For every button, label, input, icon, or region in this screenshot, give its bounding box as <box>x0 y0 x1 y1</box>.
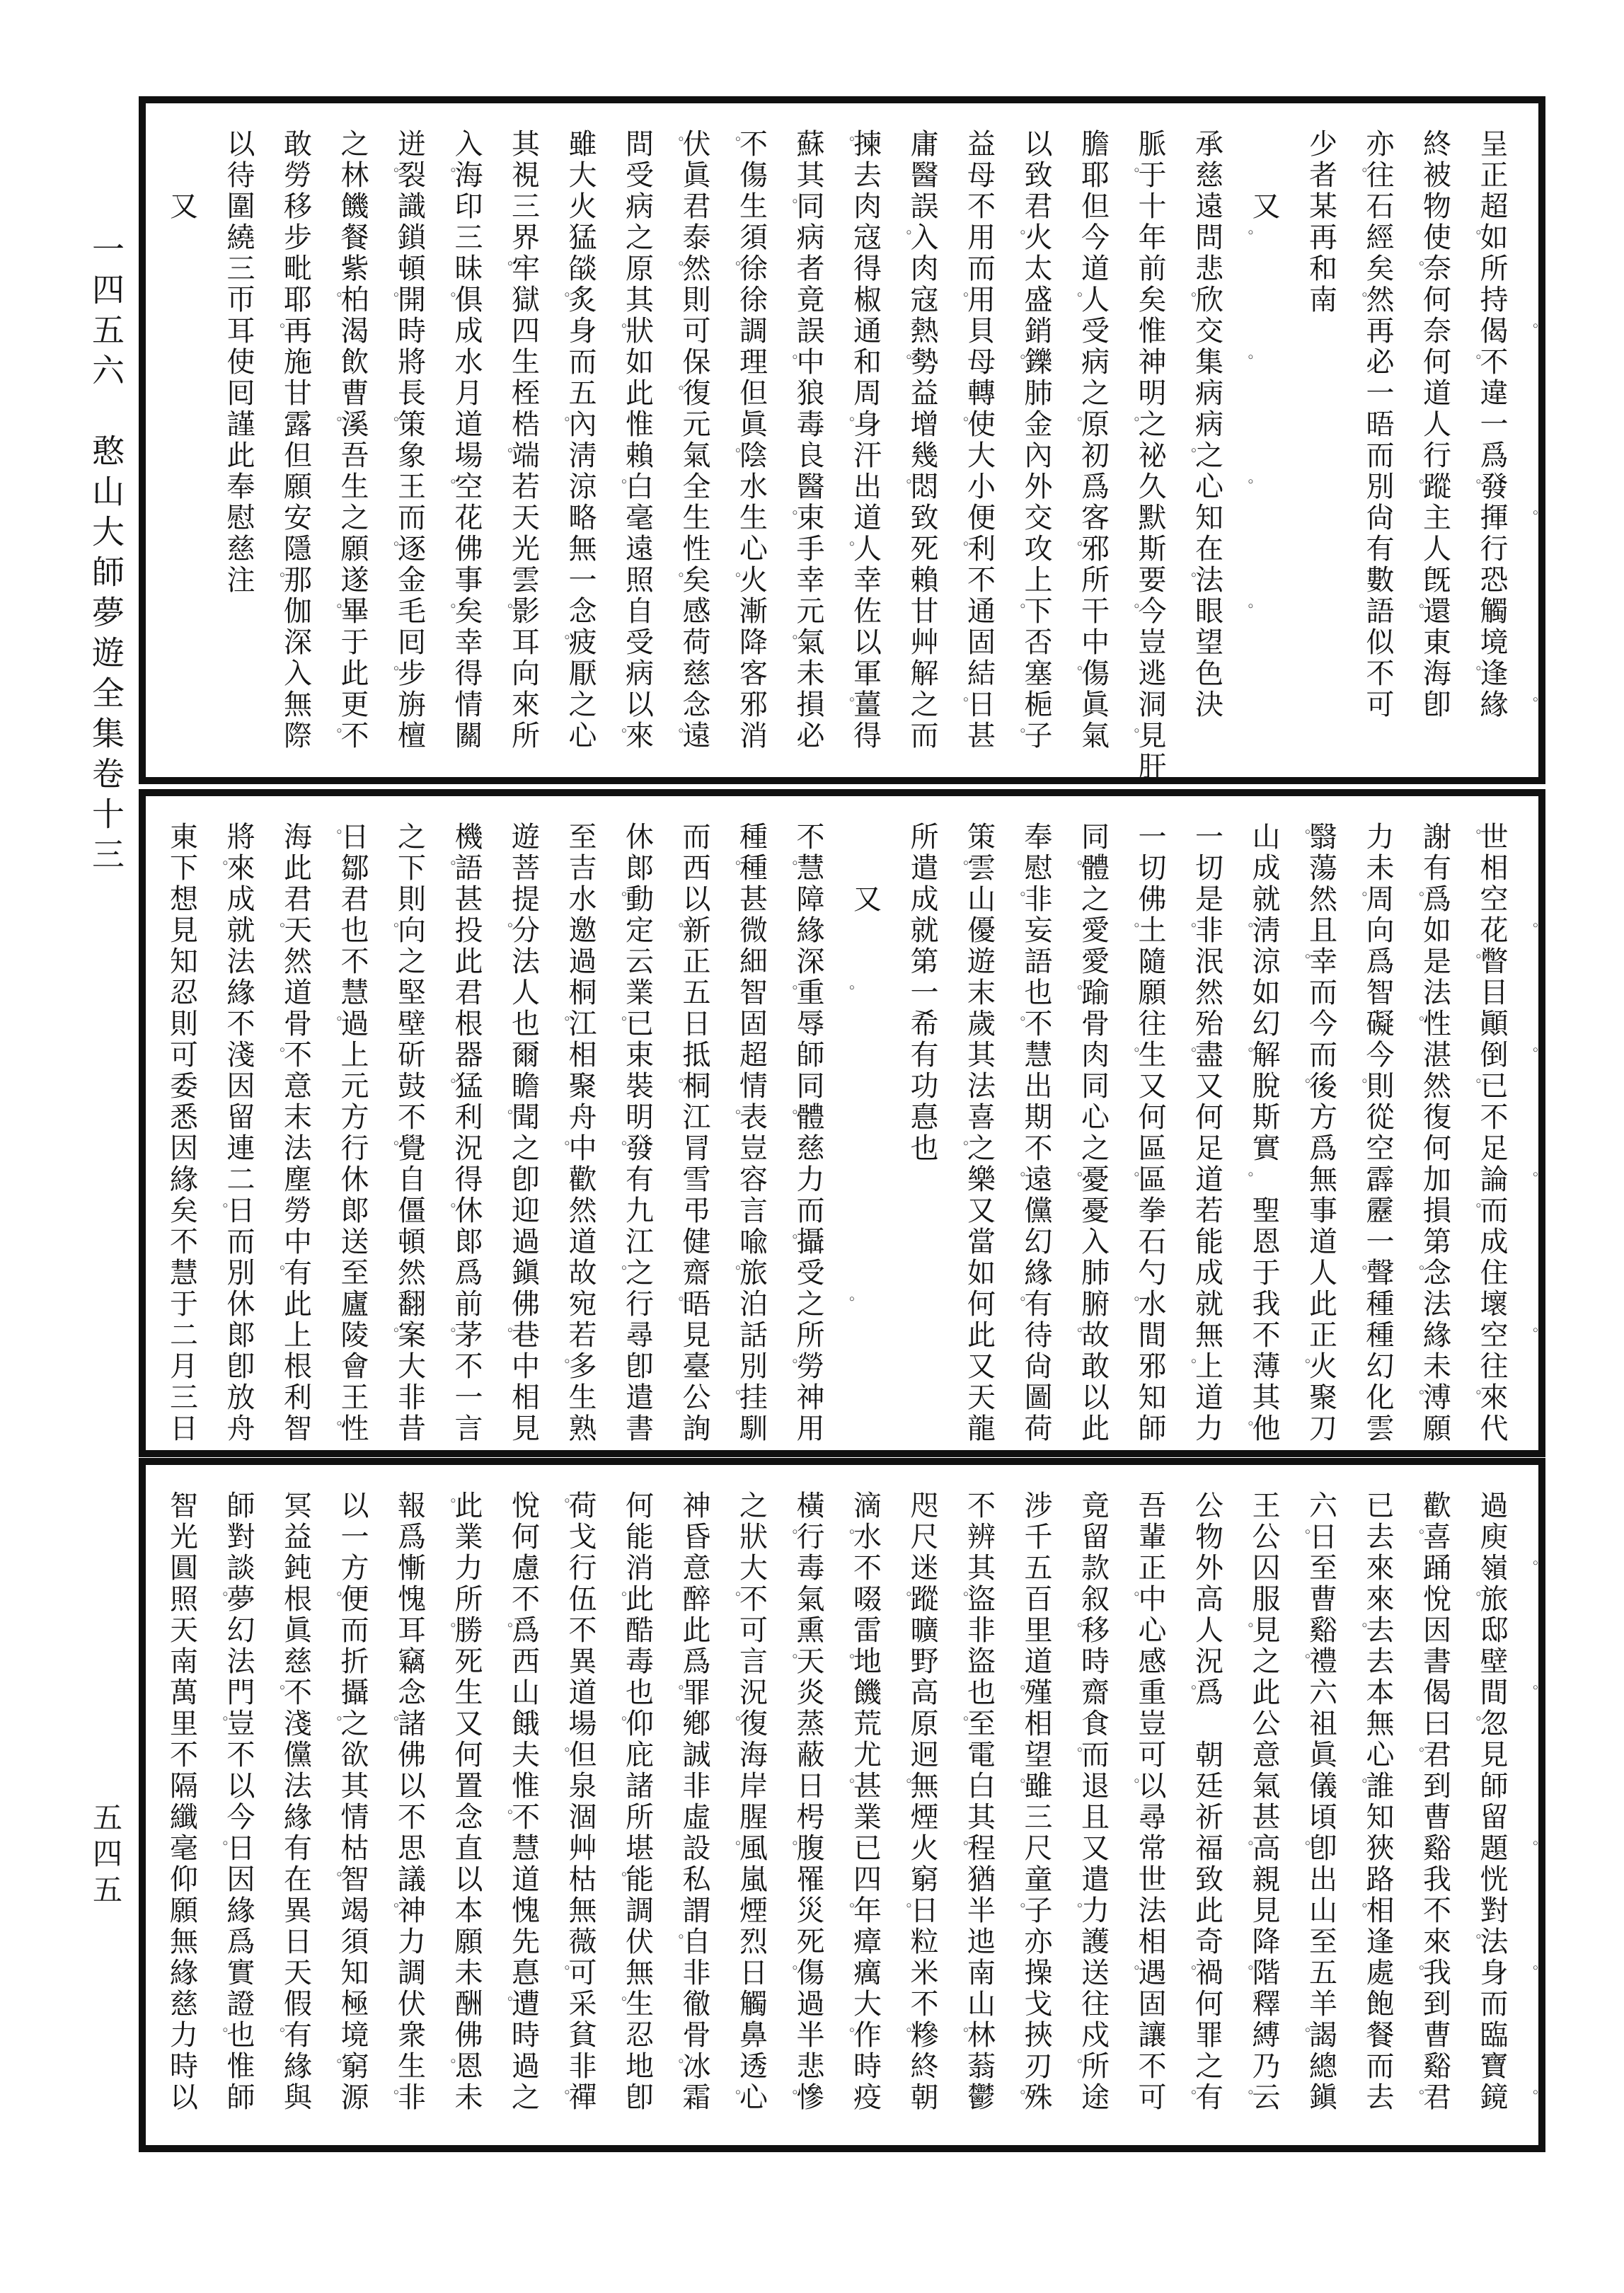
judou-punctuation-dot: 。 <box>1523 1840 1538 1855</box>
judou-punctuation-dot: 。 <box>497 922 512 937</box>
judou-punctuation-dot: 。 <box>1181 1684 1196 1699</box>
judou-punctuation-dot: 。 <box>1295 1653 1310 1668</box>
judou-punctuation-dot: 。 <box>783 984 797 999</box>
judou-punctuation-dot: 。 <box>839 1529 854 1544</box>
judou-punctuation-dot: 。 <box>1409 1389 1424 1404</box>
judou-punctuation-dot: 。 <box>1067 541 1082 556</box>
judou-punctuation-dot: 。 <box>611 1016 626 1030</box>
text-column: 橫行。毒氣熏天。炎蒸蔽日。枵腹罹災。死傷過半。悲慘 <box>780 1490 837 2139</box>
text-column: 一切佛土。隨願往生。又何區區拳石勺水間邪。知師 <box>1122 822 1179 1444</box>
judou-punctuation-dot: 。 <box>327 829 342 844</box>
judou-punctuation-dot: 。 <box>1523 1965 1538 1979</box>
judou-punctuation-dot: 。 <box>1238 1420 1253 1435</box>
text-column: 伏。眞君泰然。則可保復元氣。全生性矣。感荷慈念遠 <box>666 129 723 771</box>
judou-punctuation-dot: 。 <box>839 984 854 999</box>
judou-punctuation-dot: 。 <box>1295 1358 1310 1373</box>
judou-punctuation-dot: 。 <box>669 1933 684 1948</box>
judou-punctuation-dot: 。 <box>611 478 626 493</box>
judou-punctuation-dot: 。 <box>783 1840 797 1855</box>
judou-punctuation-dot: 。 <box>1181 2089 1196 2104</box>
judou-punctuation-dot: 。 <box>725 1716 740 1730</box>
text-column: 神昏意醉。此爲罪鄕。誠非虛設。私謂自非徹骨冰霜。 <box>666 1490 723 2139</box>
judou-punctuation-dot: 。 <box>1295 953 1310 968</box>
judou-punctuation-dot: 。 <box>441 1622 456 1637</box>
judou-punctuation-dot: 。 <box>783 1965 797 1979</box>
judou-punctuation-dot: 。 <box>1352 1778 1367 1793</box>
judou-punctuation-dot: 。 <box>497 1327 512 1342</box>
judou-punctuation-dot: 。 <box>384 2089 398 2104</box>
judou-punctuation-dot: 。 <box>441 478 456 493</box>
judou-punctuation-dot: 。 <box>611 1871 626 1886</box>
judou-punctuation-dot: 。 <box>1181 292 1196 306</box>
text-column: 又 <box>153 129 210 771</box>
judou-punctuation-dot: 。 <box>839 416 854 431</box>
judou-punctuation-dot: 。 <box>1010 229 1025 244</box>
judou-punctuation-dot: 。 <box>1010 1016 1025 1030</box>
judou-punctuation-dot: 。 <box>725 1389 740 1404</box>
judou-punctuation-dot: 。 <box>1409 260 1424 275</box>
judou-punctuation-dot: 。 <box>1238 1840 1253 1855</box>
judou-punctuation-dot: 。 <box>384 1140 398 1155</box>
judou-punctuation-dot: 。 <box>1238 1171 1253 1186</box>
judou-punctuation-dot: 。 <box>1181 447 1196 462</box>
judou-punctuation-dot: 。 <box>1238 229 1253 244</box>
judou-punctuation-dot: 。 <box>1523 1047 1538 1062</box>
judou-punctuation-dot: 。 <box>783 1529 797 1544</box>
judou-punctuation-dot: 。 <box>1124 416 1139 431</box>
text-column: 益母不用。而用貝母。轉使大小便利不通。固結日甚。 <box>950 129 1008 771</box>
judou-punctuation-dot: 。 <box>1067 2058 1082 2073</box>
judou-punctuation-dot: 。 <box>669 385 684 400</box>
judou-punctuation-dot: 。 <box>270 1684 284 1699</box>
text-column: 休郞動定。云業已束裝。明發有九江之行。尋卽遣書 <box>609 822 666 1444</box>
judou-punctuation-dot: 。 <box>1409 1016 1424 1030</box>
text-column: 敢勞移步毗耶。再施甘露。但願安隱那伽。深入無際。 <box>267 129 324 771</box>
judou-punctuation-dot: 。 <box>1067 1902 1082 1917</box>
judou-punctuation-dot: 。 <box>1466 1078 1481 1093</box>
judou-punctuation-dot: 。 <box>669 1684 684 1699</box>
judou-punctuation-dot: 。 <box>1238 922 1253 937</box>
judou-punctuation-dot: 。 <box>497 447 512 462</box>
letter-block-1-columns: 呈正超如所持偈。不違一爲發揮。行恐觸境逢緣。終被物使。奈何奈何。道人行蹤。主人旣… <box>146 103 1538 777</box>
judou-punctuation-dot: 。 <box>1466 1389 1481 1404</box>
judou-punctuation-dot: 。 <box>1352 1078 1367 1093</box>
judou-punctuation-dot: 。 <box>1295 829 1310 844</box>
text-column: 至吉水。邀過桐江。相聚舟中。歡然道故。宛若多生熟 <box>552 822 609 1444</box>
judou-punctuation-dot: 。 <box>1067 1747 1082 1762</box>
judou-punctuation-dot: 。 <box>270 323 284 338</box>
judou-punctuation-dot: 。 <box>725 572 740 587</box>
judou-punctuation-dot: 。 <box>1409 478 1424 493</box>
text-column: 又 <box>1236 129 1293 771</box>
judou-punctuation-dot: 。 <box>213 1591 228 1606</box>
judou-punctuation-dot: 。 <box>669 1296 684 1311</box>
text-column: 不辨其盜非盜也。至電白。其程猶半。迆南山林蓊鬱。 <box>950 1490 1008 2139</box>
volume-margin-label: 一四五六 憨山大師夢遊全集卷十三 <box>75 232 136 878</box>
judou-punctuation-dot: 。 <box>1466 478 1481 493</box>
judou-punctuation-dot: 。 <box>1409 891 1424 906</box>
judou-punctuation-dot: 。 <box>953 696 968 711</box>
judou-punctuation-dot: 。 <box>497 1809 512 1824</box>
judou-punctuation-dot: 。 <box>611 1716 626 1730</box>
judou-punctuation-dot: 。 <box>1181 572 1196 587</box>
text-column: 之狀。大不可言。況復海岸腥風。嵐煙烈日。觸鼻透心。 <box>722 1490 780 2139</box>
text-column: 翳蕩然。且幸而今而後。方爲無事道人。此正火聚刀 <box>1292 822 1349 1444</box>
judou-punctuation-dot: 。 <box>839 1296 854 1311</box>
judou-punctuation-dot: 。 <box>327 292 342 306</box>
judou-punctuation-dot: 。 <box>270 922 284 937</box>
judou-punctuation-dot: 。 <box>725 447 740 462</box>
judou-punctuation-dot: 。 <box>783 1234 797 1248</box>
judou-punctuation-dot: 。 <box>669 572 684 587</box>
judou-punctuation-dot: 。 <box>497 1996 512 2011</box>
judou-punctuation-dot: 。 <box>839 696 854 711</box>
judou-punctuation-dot: 。 <box>783 354 797 369</box>
judou-punctuation-dot: 。 <box>1067 292 1082 306</box>
judou-punctuation-dot: 。 <box>1010 1902 1025 1917</box>
judou-punctuation-dot: 。 <box>725 136 740 151</box>
judou-punctuation-dot: 。 <box>1409 1747 1424 1762</box>
judou-punctuation-dot: 。 <box>384 416 398 431</box>
text-column: 海。此君天然道骨。不意末法塵勞中有此上根利智。 <box>267 822 324 1444</box>
judou-punctuation-dot: 。 <box>555 634 570 649</box>
text-column: 所遣。成就第一希有功惪也。 <box>894 822 951 1444</box>
judou-punctuation-dot: 。 <box>327 2058 342 2073</box>
judou-punctuation-dot: 。 <box>1523 510 1538 524</box>
judou-punctuation-dot: 。 <box>327 603 342 618</box>
judou-punctuation-dot: 。 <box>441 603 456 618</box>
text-column: 同體之愛。愛踰骨肉。同心之憂。憂入肺腑。故敢以此 <box>1064 822 1122 1444</box>
judou-punctuation-dot: 。 <box>1067 665 1082 680</box>
judou-punctuation-dot: 。 <box>953 541 968 556</box>
judou-punctuation-dot: 。 <box>441 1202 456 1217</box>
judou-punctuation-dot: 。 <box>1010 1171 1025 1186</box>
text-column: 涉千五百里。道殣相望。雖三尺童子。亦操戈挾刃。殊 <box>1008 1490 1065 2139</box>
judou-punctuation-dot: 。 <box>1523 1171 1538 1186</box>
judou-punctuation-dot: 。 <box>783 1653 797 1668</box>
judou-punctuation-dot: 。 <box>1124 728 1139 742</box>
text-column: 智光圓照。天南萬里。不隔纖毫。仰願無緣慈力。時以 <box>153 1490 210 2139</box>
judou-punctuation-dot: 。 <box>555 1358 570 1373</box>
judou-punctuation-dot: 。 <box>783 1358 797 1373</box>
text-column: 庸醫誤入肉寇。熱勢益增。幾悶致死。賴甘艸解之。而 <box>894 129 951 771</box>
judou-punctuation-dot: 。 <box>327 1591 342 1606</box>
judou-punctuation-dot: 。 <box>327 1716 342 1730</box>
text-column: 此業力所勝。死生又何置念。直以本願未酬。佛恩未 <box>438 1490 495 2139</box>
judou-punctuation-dot: 。 <box>839 1902 854 1917</box>
judou-punctuation-dot: 。 <box>213 1840 228 1855</box>
judou-punctuation-dot: 。 <box>1067 416 1082 431</box>
text-column: 之林。饑餐紫柏。渴飲曹溪。吾生之願。遂畢于此。更不 <box>324 129 381 771</box>
judou-punctuation-dot: 。 <box>327 416 342 431</box>
text-column: 入海印三昧。俱成水月道場。空花佛事矣。幸得情關 <box>438 129 495 771</box>
text-column: 一切是非。泯然殆盡。又何足道。若能成就無上道力。 <box>1178 822 1236 1444</box>
judou-punctuation-dot: 。 <box>611 323 626 338</box>
judou-punctuation-dot: 。 <box>327 1420 342 1435</box>
judou-punctuation-dot: 。 <box>384 922 398 937</box>
judou-punctuation-dot: 。 <box>1010 354 1025 369</box>
judou-punctuation-dot: 。 <box>1181 922 1196 937</box>
judou-punctuation-dot: 。 <box>897 1778 911 1793</box>
judou-punctuation-dot: 。 <box>783 510 797 524</box>
judou-punctuation-dot: 。 <box>1124 1047 1139 1062</box>
judou-punctuation-dot: 。 <box>441 1327 456 1342</box>
judou-punctuation-dot: 。 <box>1352 292 1367 306</box>
judou-punctuation-dot: 。 <box>213 860 228 875</box>
judou-punctuation-dot: 。 <box>1523 2089 1538 2104</box>
judou-punctuation-dot: 。 <box>327 1871 342 1886</box>
judou-punctuation-dot: 。 <box>384 665 398 680</box>
judou-punctuation-dot: 。 <box>441 1078 456 1093</box>
judou-punctuation-dot: 。 <box>1181 1965 1196 1979</box>
judou-punctuation-dot: 。 <box>497 1109 512 1124</box>
judou-punctuation-dot: 。 <box>1124 1778 1139 1793</box>
judou-punctuation-dot: 。 <box>783 860 797 875</box>
judou-punctuation-dot: 。 <box>611 1265 626 1280</box>
letter-block-2: 世相空花。瞥目顚倒。已不足論。而成住壞空。往來代謝。有爲如是。法性湛然。復何加損… <box>139 789 1545 1457</box>
judou-punctuation-dot: 。 <box>669 136 684 151</box>
judou-punctuation-dot: 。 <box>725 860 740 875</box>
judou-punctuation-dot: 。 <box>1409 1529 1424 1544</box>
judou-punctuation-dot: 。 <box>669 260 684 275</box>
judou-punctuation-dot: 。 <box>1523 323 1538 338</box>
judou-punctuation-dot: 。 <box>1523 1327 1538 1342</box>
text-column: 又 <box>836 822 894 1444</box>
judou-punctuation-dot: 。 <box>1295 2027 1310 2042</box>
text-column: 王公。囚服見之。此公意氣甚高。親見降階釋縛。乃云 <box>1236 1490 1293 2139</box>
judou-punctuation-dot: 。 <box>497 1622 512 1637</box>
judou-punctuation-dot: 。 <box>1523 922 1538 937</box>
text-column: 荷戈行伍。不異道場。但泉涸艸枯。無薇可采。貧非禪 <box>552 1490 609 2139</box>
judou-punctuation-dot: 。 <box>953 1591 968 1606</box>
judou-punctuation-dot: 。 <box>555 1016 570 1030</box>
text-column: 策雲山。優遊末歲。其法喜之樂。又當如何。此又天龍 <box>950 822 1008 1444</box>
judou-punctuation-dot: 。 <box>1295 1840 1310 1855</box>
judou-punctuation-dot: 。 <box>897 2027 911 2042</box>
judou-punctuation-dot: 。 <box>1466 1591 1481 1606</box>
judou-punctuation-dot: 。 <box>783 634 797 649</box>
judou-punctuation-dot: 。 <box>1238 1622 1253 1637</box>
judou-punctuation-dot: 。 <box>611 1140 626 1155</box>
judou-punctuation-dot: 。 <box>1124 1965 1139 1979</box>
judou-punctuation-dot: 。 <box>1409 603 1424 618</box>
judou-punctuation-dot: 。 <box>1523 696 1538 711</box>
judou-punctuation-dot: 。 <box>669 2058 684 2073</box>
judou-punctuation-dot: 。 <box>555 2089 570 2104</box>
text-column: 雖大火猛燄炙身。而五內淸涼。略無一念疲厭之心。 <box>552 129 609 771</box>
text-column: 竟留款叙。移時齋食而退。且又遣力護送。往戍所途 <box>1064 1490 1122 2139</box>
judou-punctuation-dot: 。 <box>441 860 456 875</box>
text-column: 以待圍繞三帀耳。使囘謹此奉慰慈注。 <box>210 129 267 771</box>
judou-punctuation-dot: 。 <box>384 292 398 306</box>
judou-punctuation-dot: 。 <box>213 2027 228 2042</box>
text-column: 以一方便而折攝之。欲其情枯智竭。須知極境窮源。 <box>324 1490 381 2139</box>
letter-block-3-columns: 過庾嶺。旅邸壁間。忽見師留題。恍對法身。而臨寶鏡。歡喜踊悅。因書偈曰。君到曹谿我… <box>146 1465 1538 2145</box>
judou-punctuation-dot: 。 <box>1352 1265 1367 1280</box>
judou-punctuation-dot: 。 <box>725 1591 740 1606</box>
judou-punctuation-dot: 。 <box>953 1716 968 1730</box>
judou-punctuation-dot: 。 <box>555 1965 570 1979</box>
judou-punctuation-dot: 。 <box>839 2027 854 2042</box>
judou-punctuation-dot: 。 <box>1523 1684 1538 1699</box>
text-column: 冥益鈍根。眞慈不淺。儻法緣有在。異日天假有緣。與 <box>267 1490 324 2139</box>
judou-punctuation-dot: 。 <box>1238 2089 1253 2104</box>
judou-punctuation-dot: 。 <box>555 292 570 306</box>
judou-punctuation-dot: 。 <box>497 260 512 275</box>
judou-punctuation-dot: 。 <box>1124 922 1139 937</box>
judou-punctuation-dot: 。 <box>839 1778 854 1793</box>
judou-punctuation-dot: 。 <box>1010 891 1025 906</box>
judou-punctuation-dot: 。 <box>897 229 911 244</box>
judou-punctuation-dot: 。 <box>441 167 456 182</box>
judou-punctuation-dot: 。 <box>1010 1684 1025 1699</box>
text-column: 日鄒君也。不慧過上元方行。休郞送至廬陵。會王性 <box>324 822 381 1444</box>
text-column: 將來成就。法緣不淺。因留連二日而別。休郞卽放舟 <box>210 822 267 1444</box>
judou-punctuation-dot: 。 <box>1295 1078 1310 1093</box>
judou-punctuation-dot: 。 <box>1238 1965 1253 1979</box>
text-column: 過庾嶺。旅邸壁間。忽見師留題。恍對法身。而臨寶鏡。 <box>1463 1490 1521 2139</box>
judou-punctuation-dot: 。 <box>1409 1965 1424 1979</box>
judou-punctuation-dot: 。 <box>384 1327 398 1342</box>
judou-punctuation-dot: 。 <box>953 292 968 306</box>
judou-punctuation-dot: 。 <box>669 728 684 742</box>
judou-punctuation-dot: 。 <box>270 2027 284 2042</box>
text-column: 山。成就淸涼。如幻解脫。斯實 聖恩于我不薄。其他 <box>1236 822 1293 1444</box>
text-column: 脈于十年前矣。惟神明之祕。久默斯要。今豈逃洞見肝 <box>1122 129 1179 771</box>
text-column: 世相空花。瞥目顚倒。已不足論。而成住壞空。往來代 <box>1463 822 1521 1444</box>
text-column: 遊菩提分法人也。爾瞻聞之。卽迎過鎭佛巷中。相見 <box>495 822 552 1444</box>
judou-punctuation-dot: 。 <box>497 603 512 618</box>
judou-punctuation-dot: 。 <box>1238 1047 1253 1062</box>
text-column: 終被物使。奈何奈何。道人行蹤。主人旣還東海。卽 <box>1406 129 1463 771</box>
judou-punctuation-dot: 。 <box>555 1140 570 1155</box>
judou-punctuation-dot: 。 <box>839 136 854 151</box>
text-column: 吾輩正中心感重。豈可以尋常世法相遇。固讓不可。 <box>1122 1490 1179 2139</box>
text-column: 少者。某再和南。 <box>1292 129 1349 771</box>
judou-punctuation-dot: 。 <box>384 541 398 556</box>
judou-punctuation-dot: 。 <box>839 541 854 556</box>
text-column: 六日至曹谿。禮六祖眞儀。頃卽出山。至五羊謁總鎭 <box>1292 1490 1349 2139</box>
judou-punctuation-dot: 。 <box>1010 2089 1025 2104</box>
judou-punctuation-dot: 。 <box>897 1591 911 1606</box>
judou-punctuation-dot: 。 <box>1466 354 1481 369</box>
judou-punctuation-dot: 。 <box>783 198 797 213</box>
judou-punctuation-dot: 。 <box>1352 1902 1367 1917</box>
scanned-book-page: 一四五六 憨山大師夢遊全集卷十三 五四五 呈正超如所持偈。不違一爲發揮。行恐觸境… <box>0 0 1624 2293</box>
judou-punctuation-dot: 。 <box>1181 1047 1196 1062</box>
text-column: 機語甚投。此君根器猛利。況得休郞爲前茅。不一言 <box>438 822 495 1444</box>
judou-punctuation-dot: 。 <box>1352 167 1367 182</box>
judou-punctuation-dot: 。 <box>1238 354 1253 369</box>
judou-punctuation-dot: 。 <box>1466 953 1481 968</box>
text-column: 問。受病之原。其狀如此。惟賴白毫遠照。自受病以來。 <box>609 129 666 771</box>
judou-punctuation-dot: 。 <box>725 1265 740 1280</box>
page-number: 五四五 <box>83 1802 126 1910</box>
judou-punctuation-dot: 。 <box>555 416 570 431</box>
text-column: 公物外高人。況爲 朝廷祈福。致此奇禍。何罪之有。 <box>1178 1490 1236 2139</box>
judou-punctuation-dot: 。 <box>1124 1296 1139 1311</box>
text-column: 以致君火太盛。銷鑠肺金。內外交攻。上下否塞。梔子 <box>1008 129 1065 771</box>
judou-punctuation-dot: 。 <box>1295 1529 1310 1544</box>
letter-block-1: 呈正超如所持偈。不違一爲發揮。行恐觸境逢緣。終被物使。奈何奈何。道人行蹤。主人旣… <box>139 96 1545 784</box>
judou-punctuation-dot: 。 <box>1124 603 1139 618</box>
judou-punctuation-dot: 。 <box>611 1591 626 1606</box>
text-column: 種種。甚微細智。固超情表。豈容言喩。旅泊話別。挂馴 <box>722 822 780 1444</box>
judou-punctuation-dot: 。 <box>441 1498 456 1512</box>
text-column: 而西。以新正五日抵桐江。冐雪弔健齋。晤見臺公。詢 <box>666 822 723 1444</box>
judou-punctuation-dot: 。 <box>270 1265 284 1280</box>
text-column: 已去。來來去去本無心。誰知狹路相逢處。飽餐而去。 <box>1349 1490 1407 2139</box>
judou-punctuation-dot: 。 <box>611 891 626 906</box>
judou-punctuation-dot: 。 <box>1124 1591 1139 1606</box>
judou-punctuation-dot: 。 <box>1010 1778 1025 1793</box>
text-column: 滴水不啜。雷地饑荒尤甚。業已四年。瘴癘大作。時疫 <box>836 1490 894 2139</box>
judou-punctuation-dot: 。 <box>384 1902 398 1917</box>
text-column: 亦往石經矣。然再必一晤而別。尙有數語。似不可 <box>1349 129 1407 771</box>
judou-punctuation-dot: 。 <box>1067 1622 1082 1637</box>
judou-punctuation-dot: 。 <box>897 478 911 493</box>
judou-punctuation-dot: 。 <box>953 1840 968 1855</box>
judou-punctuation-dot: 。 <box>953 1140 968 1155</box>
judou-punctuation-dot: 。 <box>783 2089 797 2104</box>
judou-punctuation-dot: 。 <box>1067 1171 1082 1186</box>
judou-punctuation-dot: 。 <box>1466 1933 1481 1948</box>
judou-punctuation-dot: 。 <box>1409 2089 1424 2104</box>
judou-punctuation-dot: 。 <box>213 1202 228 1217</box>
text-column: 東下。想見知忍則可委悉因緣矣。不慧于二月三日 <box>153 822 210 1444</box>
judou-punctuation-dot: 。 <box>1010 1296 1025 1311</box>
judou-punctuation-dot: 。 <box>1181 1358 1196 1373</box>
text-column: 力未周。向爲智礙。今則從空霹靂一聲。種種幻化。雲 <box>1349 822 1407 1444</box>
judou-punctuation-dot: 。 <box>213 1716 228 1730</box>
judou-punctuation-dot: 。 <box>1010 728 1025 742</box>
judou-punctuation-dot: 。 <box>725 1840 740 1855</box>
letter-block-2-columns: 世相空花。瞥目顚倒。已不足論。而成住壞空。往來代謝。有爲如是。法性湛然。復何加損… <box>146 796 1538 1450</box>
judou-punctuation-dot: 。 <box>1238 478 1253 493</box>
judou-punctuation-dot: 。 <box>1238 603 1253 618</box>
judou-punctuation-dot: 。 <box>1010 603 1025 618</box>
judou-punctuation-dot: 。 <box>441 2058 456 2073</box>
judou-punctuation-dot: 。 <box>270 572 284 587</box>
judou-punctuation-dot: 。 <box>1124 1171 1139 1186</box>
judou-punctuation-dot: 。 <box>384 1716 398 1730</box>
judou-punctuation-dot: 。 <box>897 354 911 369</box>
judou-punctuation-dot: 。 <box>953 860 968 875</box>
judou-punctuation-dot: 。 <box>953 2027 968 2042</box>
judou-punctuation-dot: 。 <box>725 1109 740 1124</box>
judou-punctuation-dot: 。 <box>1352 1622 1367 1637</box>
judou-punctuation-dot: 。 <box>1124 167 1139 182</box>
judou-punctuation-dot: 。 <box>1466 1716 1481 1730</box>
text-column: 何能消此酷毒也。仰庇諸所堪能調伏。無生忍地。卽 <box>609 1490 666 2139</box>
judou-punctuation-dot: 。 <box>839 1653 854 1668</box>
judou-punctuation-dot: 。 <box>1067 984 1082 999</box>
judou-punctuation-dot: 。 <box>1067 1327 1082 1342</box>
text-column: 奉慰。非妄語也。不慧出期不遠。儻幻緣有待。尙圖荷 <box>1008 822 1065 1444</box>
judou-punctuation-dot: 。 <box>555 1498 570 1512</box>
judou-punctuation-dot: 。 <box>725 260 740 275</box>
text-column: 咫尺迷蹤。曠野高原。迥無煙火。窮日粒米不糝。終朝 <box>894 1490 951 2139</box>
text-column: 歡喜踊悅。因書偈曰。君到曹谿我不來。我到曹谿君 <box>1406 1490 1463 2139</box>
letter-block-3: 過庾嶺。旅邸壁間。忽見師留題。恍對法身。而臨寶鏡。歡喜踊悅。因書偈曰。君到曹谿我… <box>139 1458 1545 2152</box>
judou-punctuation-dot: 。 <box>1466 229 1481 244</box>
judou-punctuation-dot: 。 <box>783 1109 797 1124</box>
judou-punctuation-dot: 。 <box>1466 665 1481 680</box>
judou-punctuation-dot: 。 <box>669 1078 684 1093</box>
judou-punctuation-dot: 。 <box>1466 829 1481 844</box>
judou-punctuation-dot: 。 <box>1466 1202 1481 1217</box>
judou-punctuation-dot: 。 <box>270 1047 284 1062</box>
